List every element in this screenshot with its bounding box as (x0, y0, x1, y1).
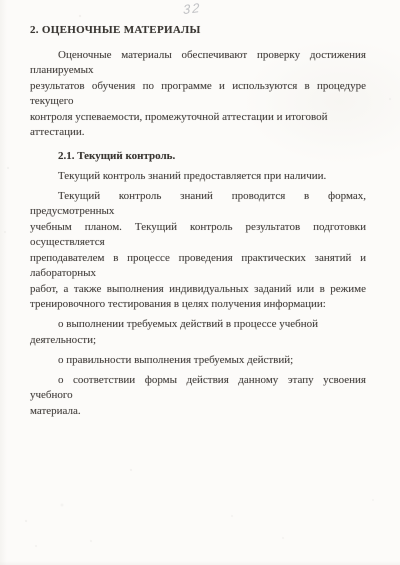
text-line: результатов обучения по программе и испо… (30, 79, 366, 110)
text-line: работ, а также выполнения индивидуальных… (30, 282, 366, 298)
text-line: Текущий контроль знаний проводится в фор… (30, 189, 366, 220)
scanned-page: 32 2. ОЦЕНОЧНЫЕ МАТЕРИАЛЫОценочные матер… (0, 0, 400, 565)
text-line: контроля успеваемости, промежуточной атт… (30, 110, 366, 141)
section-heading: 2.1. Текущий контроль. (30, 149, 366, 165)
text-line: 2. ОЦЕНОЧНЫЕ МАТЕРИАЛЫ (30, 23, 366, 39)
pencil-page-number: 32 (183, 0, 202, 17)
text-line: 2.1. Текущий контроль. (30, 149, 366, 165)
document-body: 2. ОЦЕНОЧНЫЕ МАТЕРИАЛЫОценочные материал… (30, 23, 366, 419)
text-line: учебным планом. Текущий контроль результ… (30, 220, 366, 251)
text-line: Текущий контроль знаний предоставляется … (30, 169, 366, 185)
text-line: Оценочные материалы обеспечивают проверк… (30, 48, 366, 79)
text-line: преподавателем в процессе проведения пра… (30, 251, 366, 282)
paragraph: о правильности выполнения требуемых дейс… (30, 353, 366, 369)
paragraph: Текущий контроль знаний проводится в фор… (30, 189, 366, 313)
text-line: о правильности выполнения требуемых дейс… (30, 353, 366, 369)
paragraph: о соответствии формы действия данному эт… (30, 373, 366, 420)
text-line: материала. (30, 404, 366, 420)
text-line: о соответствии формы действия данному эт… (30, 373, 366, 404)
text-line: о выполнении требуемых действий в процес… (30, 317, 366, 348)
paragraph: Текущий контроль знаний предоставляется … (30, 169, 366, 185)
paragraph: о выполнении требуемых действий в процес… (30, 317, 366, 348)
paragraph: Оценочные материалы обеспечивают проверк… (30, 48, 366, 141)
text-line: тренировочного тестирования в целях полу… (30, 297, 366, 313)
document-title: 2. ОЦЕНОЧНЫЕ МАТЕРИАЛЫ (30, 23, 366, 39)
